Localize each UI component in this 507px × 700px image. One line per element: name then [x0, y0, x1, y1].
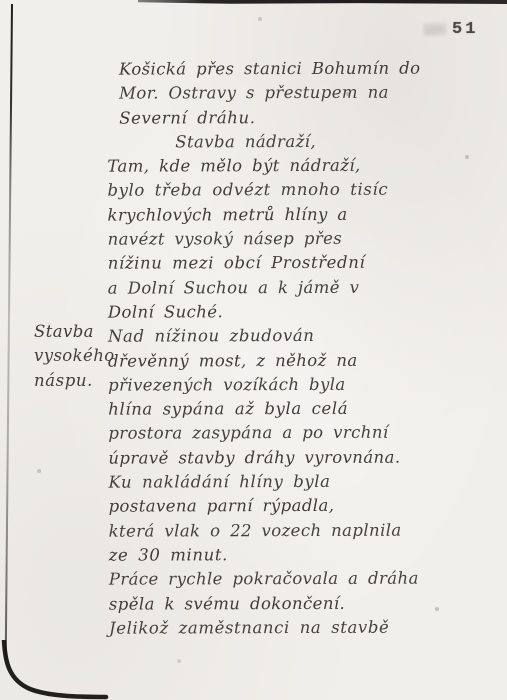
handwritten-line: dřevěnný most, z něhož na — [108, 348, 488, 374]
handwritten-line: Dolní Suché. — [108, 299, 488, 325]
handwritten-line: bylo třeba odvézt mnoho tisíc — [107, 178, 487, 204]
handwritten-line: která vlak o 22 vozech naplnila — [109, 518, 489, 544]
handwritten-line: Ku nakládání hlíny byla — [108, 469, 488, 495]
handwritten-line: krychlových metrů hlíny a — [107, 202, 487, 228]
handwritten-line: Mor. Ostravy s přestupem na — [107, 81, 487, 107]
handwritten-line: přivezených vozíkách byla — [108, 372, 488, 398]
handwritten-line: Severní dráhu. — [107, 105, 487, 131]
handwritten-line: a Dolní Suchou a k jámě v — [108, 275, 488, 301]
handwritten-line: spěla k svému dokončení. — [109, 591, 489, 617]
scan-corner-mark — [0, 640, 110, 700]
handwritten-body: Košická přes stanici Bohumín do Mor. Ost… — [107, 56, 489, 640]
handwritten-line: Tam, kde mělo být nádraží, — [107, 154, 487, 180]
handwritten-line: prostora zasypána a po vrchní — [108, 421, 488, 447]
page-number: 51 — [452, 20, 478, 39]
handwritten-line: nížinu mezi obcí Prostřední — [108, 251, 488, 277]
margin-note-line: Stavba — [22, 320, 114, 344]
faint-stamp-mark — [423, 23, 447, 36]
margin-note: Stavba vysokého náspu. — [22, 320, 114, 393]
margin-note-line: náspu. — [22, 369, 114, 393]
handwritten-line: postavena parní rýpadla, — [109, 494, 489, 520]
handwritten-line: Košická přes stanici Bohumín do — [107, 56, 487, 82]
handwritten-line: hlína sypána až byla celá — [108, 396, 488, 422]
handwritten-line: Nad nížinou zbudován — [108, 324, 488, 350]
margin-note-line: vysokého — [22, 344, 114, 368]
paper-specks — [0, 0, 2, 2]
handwritten-line: Jelikož zaměstnanci na stavbě — [109, 615, 489, 641]
manuscript-page-scan: 51 Stavba vysokého náspu. Košická přes s… — [0, 0, 507, 700]
handwritten-line: Práce rychle pokračovala a dráha — [109, 567, 489, 593]
page-binding-edge-line — [5, 4, 13, 660]
handwritten-heading: Stavba nádraží, — [107, 129, 487, 155]
handwritten-line: ze 30 minut. — [109, 542, 489, 568]
handwritten-line: navézt vysoký násep přes — [108, 226, 488, 252]
handwritten-line: úpravě stavby dráhy vyrovnána. — [108, 445, 488, 471]
scan-edge-top-strip — [138, 0, 507, 4]
